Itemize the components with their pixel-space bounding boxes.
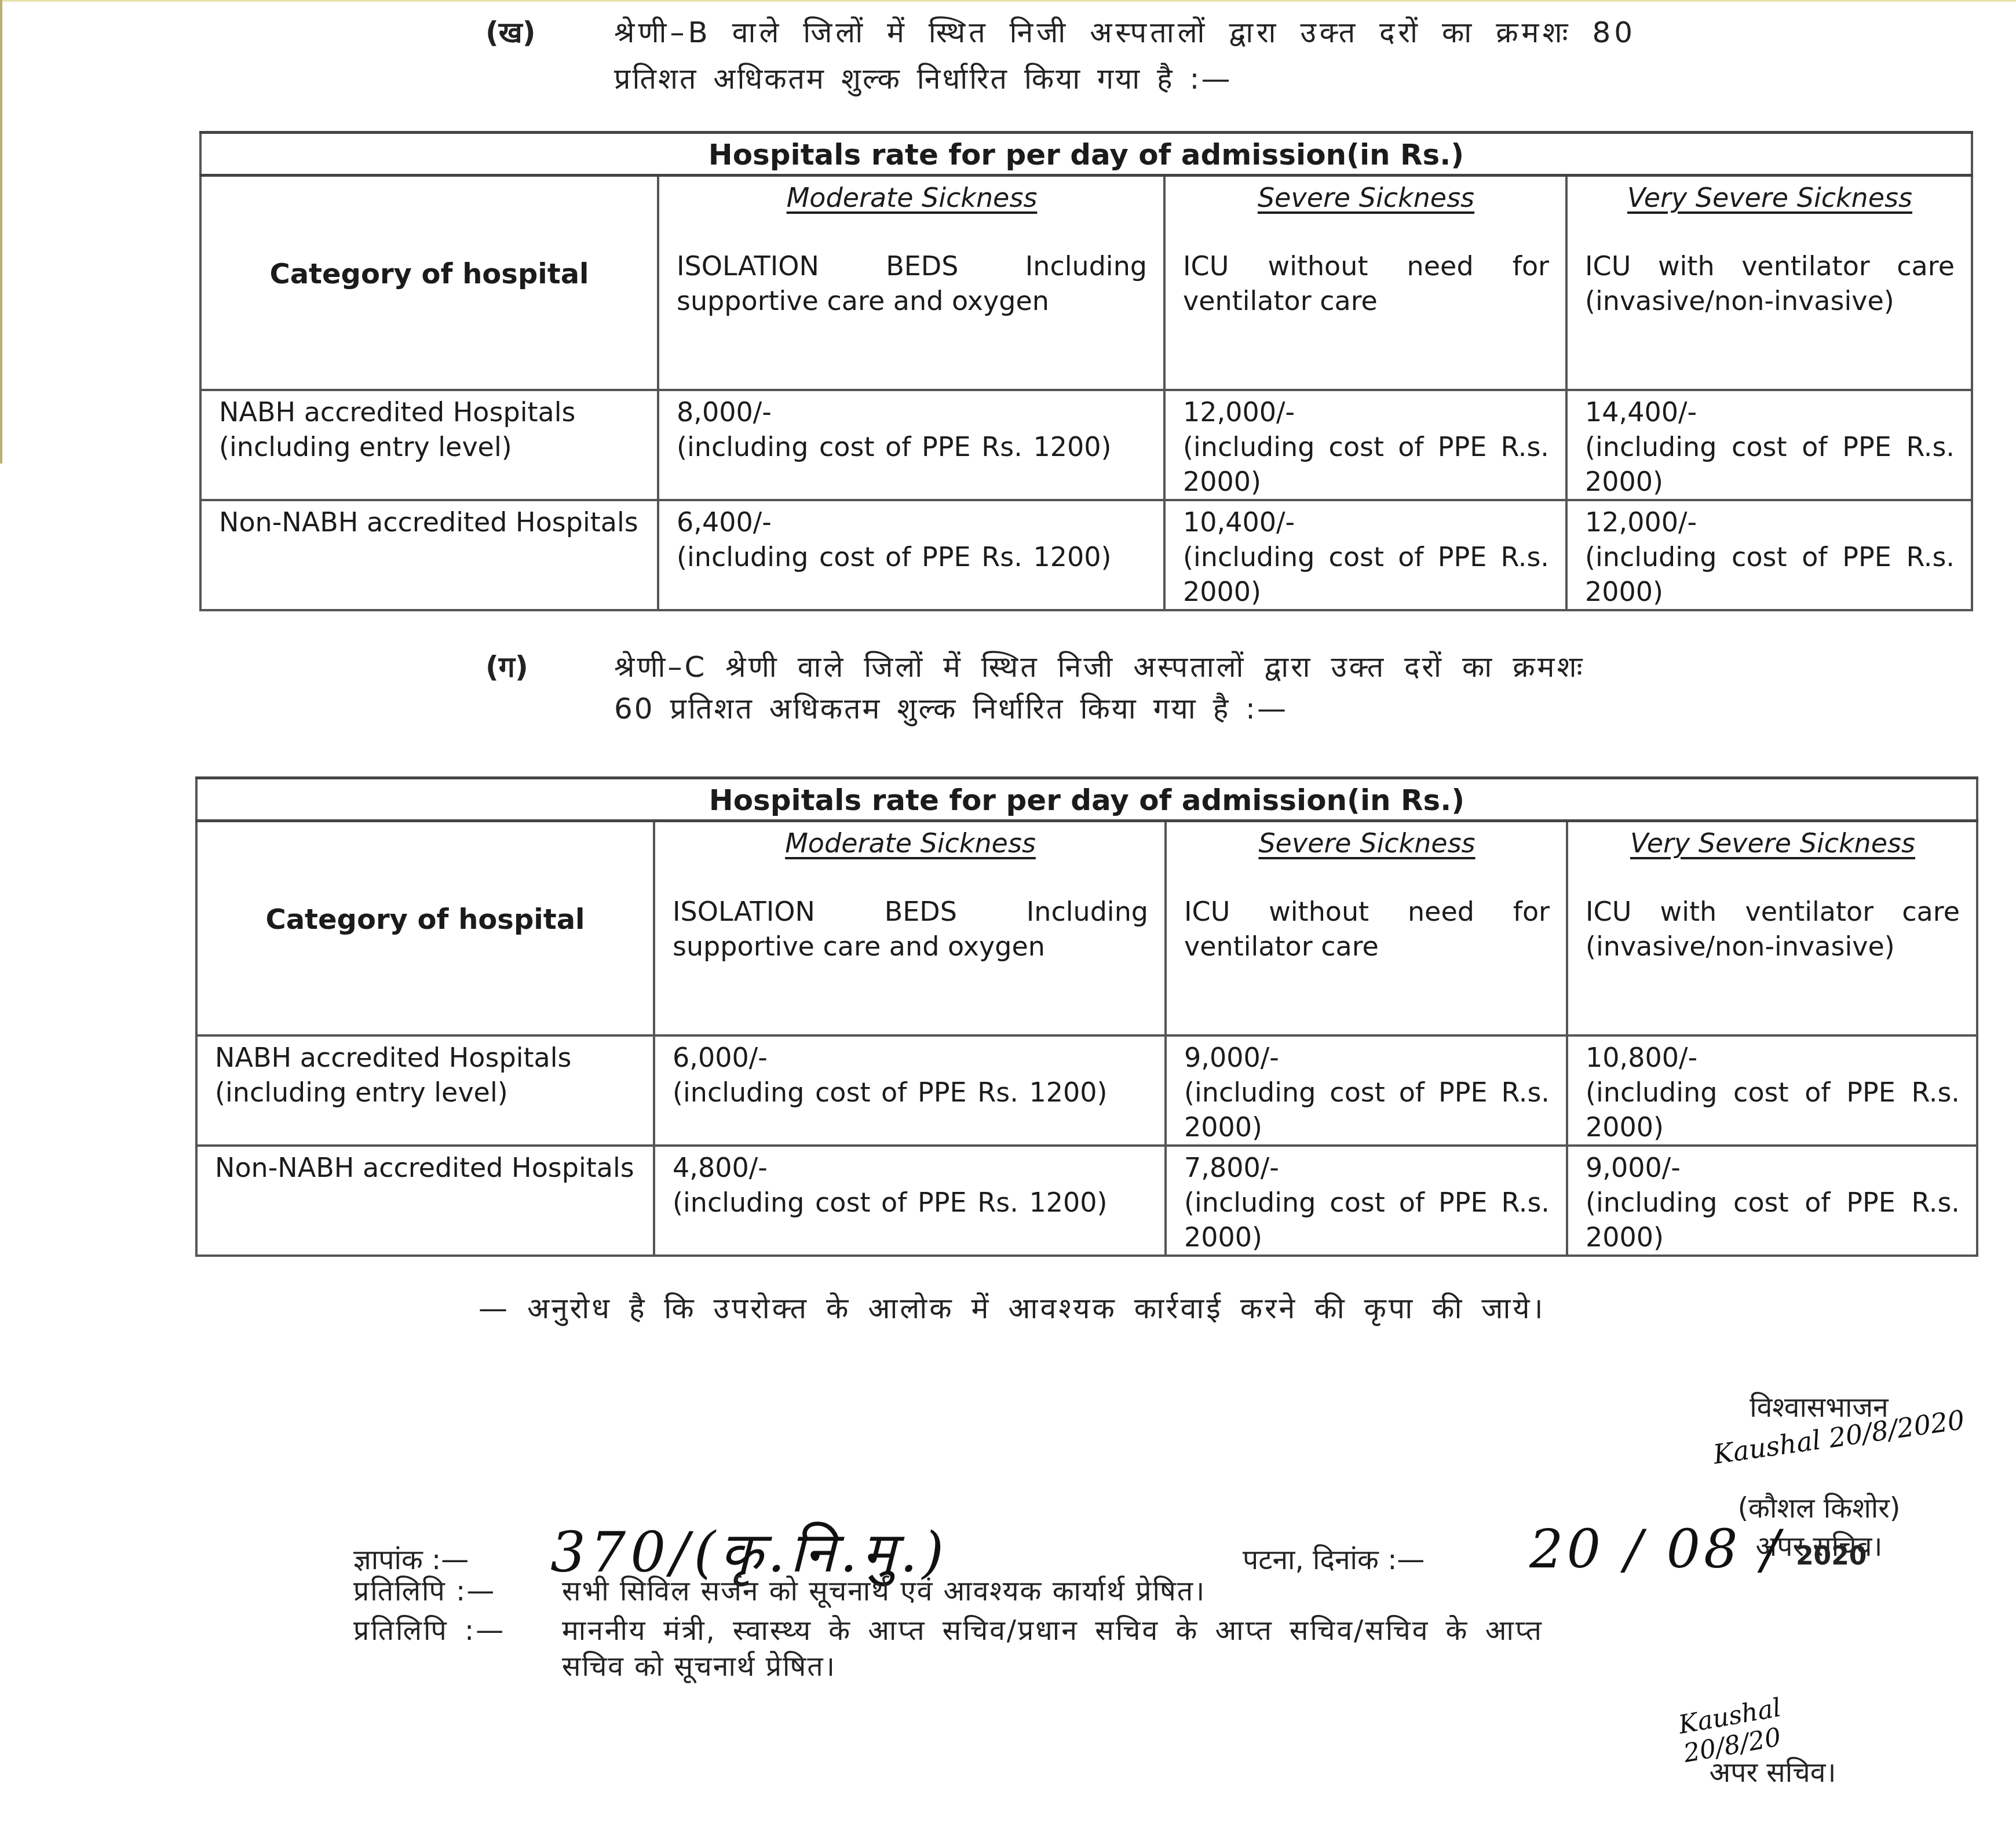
category-cell: Non-NABH accredited Hospitals (200, 500, 658, 610)
rate-value: 12,000/- (1585, 505, 1955, 539)
category-header: Category of hospital (200, 176, 658, 390)
rate-cell: 10,400/-(including cost of PPE R.s. 2000… (1164, 500, 1566, 610)
paragraph-category-b: (ख) श्रेणी–B वाले जिलों में स्थित निजी अ… (485, 12, 1922, 99)
category-header: Category of hospital (196, 821, 654, 1035)
scan-edge-top (0, 0, 2016, 2)
date-handwritten: 20 / 08 / (1529, 1518, 1783, 1580)
rate-cell: 8,000/-(including cost of PPE Rs. 1200) (658, 390, 1164, 500)
rate-cell: 12,000/-(including cost of PPE R.s. 2000… (1566, 500, 1972, 610)
rate-value: 14,400/- (1585, 395, 1955, 429)
table-row: Non-NABH accredited Hospitals 6,400/-(in… (200, 500, 1972, 610)
category-text: NABH accredited Hospitals (including ent… (219, 395, 641, 464)
copy-label: प्रतिलिपि :— (353, 1611, 562, 1649)
severity-label: Very Severe Sickness (1586, 826, 1960, 860)
rate-value: 10,800/- (1586, 1040, 1960, 1075)
rate-value: 4,800/- (673, 1150, 1148, 1185)
rate-value: 9,000/- (1586, 1150, 1960, 1185)
severity-description: ICU without need for ventilator care (1183, 249, 1549, 318)
table-title: Hospitals rate for per day of admission(… (200, 133, 1972, 176)
scan-edge-left (0, 0, 2, 464)
date-year: 2020 (1796, 1541, 1867, 1571)
severity-description: ICU without need for ventilator care (1184, 894, 1550, 964)
rate-note: (including cost of PPE R.s. 2000) (1184, 1075, 1550, 1144)
category-cell: Non-NABH accredited Hospitals (196, 1146, 654, 1256)
rate-note: (including cost of PPE R.s. 2000) (1585, 429, 1955, 499)
rate-note: (including cost of PPE Rs. 1200) (677, 429, 1147, 464)
rate-cell: 14,400/-(including cost of PPE R.s. 2000… (1566, 390, 1972, 500)
rate-value: 9,000/- (1184, 1040, 1550, 1075)
rate-value: 10,400/- (1183, 505, 1549, 539)
copy-text: सभी सिविल सर्जन को सूचनार्थ एवं आवश्यक क… (562, 1575, 1206, 1607)
rate-note: (including cost of PPE R.s. 2000) (1184, 1185, 1550, 1254)
paragraph-label: (ग) (485, 646, 528, 688)
copy-text: माननीय मंत्री, स्वास्थ्य के आप्त सचिव/प्… (562, 1614, 1543, 1647)
rate-cell: 12,000/-(including cost of PPE R.s. 2000… (1164, 390, 1566, 500)
memo-line: ज्ञापांक :— 370/(कृ.नि.मु.) पटना, दिनांक… (353, 1512, 1883, 1576)
rate-cell: 6,000/-(including cost of PPE Rs. 1200) (654, 1035, 1166, 1146)
paragraph-text-line1: श्रेणी–B वाले जिलों में स्थित निजी अस्पत… (614, 12, 1636, 53)
rate-value: 8,000/- (677, 395, 1147, 429)
column-header-moderate: Moderate Sickness ISOLATION BEDS Includi… (654, 821, 1166, 1035)
copy-label: प्रतिलिपि :— (353, 1571, 562, 1609)
column-header-very-severe: Very Severe Sickness ICU with ventilator… (1567, 821, 1977, 1035)
rate-cell: 9,000/-(including cost of PPE R.s. 2000) (1567, 1146, 1977, 1256)
rate-note: (including cost of PPE R.s. 2000) (1586, 1185, 1960, 1254)
severity-label: Moderate Sickness (673, 826, 1148, 860)
rate-value: 7,800/- (1184, 1150, 1550, 1185)
paragraph-text-line2: 60 प्रतिशत अधिकतम शुल्क निर्धारित किया ग… (614, 688, 1288, 730)
rate-cell: 9,000/-(including cost of PPE R.s. 2000) (1166, 1035, 1567, 1146)
severity-label: Severe Sickness (1184, 826, 1550, 860)
column-header-moderate: Moderate Sickness ISOLATION BEDS Includi… (658, 176, 1164, 390)
paragraph-category-c: (ग) श्रेणी–C श्रेणी वाले जिलों में स्थित… (485, 646, 1922, 733)
paragraph-text-line2: प्रतिशत अधिकतम शुल्क निर्धारित किया गया … (614, 58, 1232, 100)
rate-value: 6,400/- (677, 505, 1147, 539)
rate-cell: 7,800/-(including cost of PPE R.s. 2000) (1166, 1146, 1567, 1256)
category-text: Non-NABH accredited Hospitals (215, 1150, 637, 1185)
signature-block-bottom: Kaushal 20/8/20 अपर सचिव। (1657, 1695, 1889, 1790)
rate-cell: 6,400/-(including cost of PPE Rs. 1200) (658, 500, 1164, 610)
category-text: Non-NABH accredited Hospitals (219, 505, 641, 539)
column-header-severe: Severe Sickness ICU without need for ven… (1166, 821, 1567, 1035)
paragraph-label: (ख) (485, 12, 536, 53)
rate-cell: 4,800/-(including cost of PPE Rs. 1200) (654, 1146, 1166, 1256)
table-row: NABH accredited Hospitals (including ent… (196, 1035, 1977, 1146)
severity-label: Moderate Sickness (677, 180, 1147, 215)
column-header-very-severe: Very Severe Sickness ICU with ventilator… (1566, 176, 1972, 390)
rate-value: 6,000/- (673, 1040, 1148, 1075)
severity-description: ISOLATION BEDS Including supportive care… (677, 249, 1147, 318)
rate-note: (including cost of PPE R.s. 2000) (1183, 539, 1549, 609)
copy-to-line: प्रतिलिपि :—सभी सिविल सर्जन को सूचनार्थ … (353, 1571, 1206, 1609)
paragraph-text-line1: श्रेणी–C श्रेणी वाले जिलों में स्थित निज… (614, 646, 1585, 688)
rate-note: (including cost of PPE R.s. 2000) (1586, 1075, 1960, 1144)
rate-table-category-b: Hospitals rate for per day of admission(… (199, 131, 1973, 611)
severity-label: Very Severe Sickness (1585, 180, 1955, 215)
severity-label: Severe Sickness (1183, 180, 1549, 215)
table-header-row: Category of hospital Moderate Sickness I… (200, 176, 1972, 390)
column-header-severe: Severe Sickness ICU without need for ven… (1164, 176, 1566, 390)
category-cell: NABH accredited Hospitals (including ent… (200, 390, 658, 500)
category-cell: NABH accredited Hospitals (including ent… (196, 1035, 654, 1146)
rate-cell: 10,800/-(including cost of PPE R.s. 2000… (1567, 1035, 1977, 1146)
rate-note: (including cost of PPE Rs. 1200) (673, 1185, 1148, 1220)
rate-note: (including cost of PPE R.s. 2000) (1183, 429, 1549, 499)
place-date-label: पटना, दिनांक :— (1243, 1540, 1425, 1578)
table-header-row: Category of hospital Moderate Sickness I… (196, 821, 1977, 1035)
rate-note: (including cost of PPE Rs. 1200) (677, 539, 1147, 574)
rate-note: (including cost of PPE Rs. 1200) (673, 1075, 1148, 1110)
request-statement: — अनुरोध है कि उपरोक्त के आलोक में आवश्य… (479, 1288, 1545, 1327)
severity-description: ICU with ventilator care (invasive/non-i… (1586, 894, 1960, 964)
rate-note: (including cost of PPE R.s. 2000) (1585, 539, 1955, 609)
category-text: NABH accredited Hospitals (including ent… (215, 1040, 637, 1110)
severity-description: ISOLATION BEDS Including supportive care… (673, 894, 1148, 964)
table-row: NABH accredited Hospitals (including ent… (200, 390, 1972, 500)
rate-value: 12,000/- (1183, 395, 1549, 429)
table-row: Non-NABH accredited Hospitals 4,800/-(in… (196, 1146, 1977, 1256)
rate-table-category-c: Hospitals rate for per day of admission(… (195, 776, 1978, 1257)
table-title: Hospitals rate for per day of admission(… (196, 778, 1977, 821)
severity-description: ICU with ventilator care (invasive/non-i… (1585, 249, 1955, 318)
copy-to-line: प्रतिलिपि :—माननीय मंत्री, स्वास्थ्य के … (353, 1611, 1543, 1649)
copy-to-line-continuation: सचिव को सूचनार्थ प्रेषित। (562, 1647, 836, 1684)
